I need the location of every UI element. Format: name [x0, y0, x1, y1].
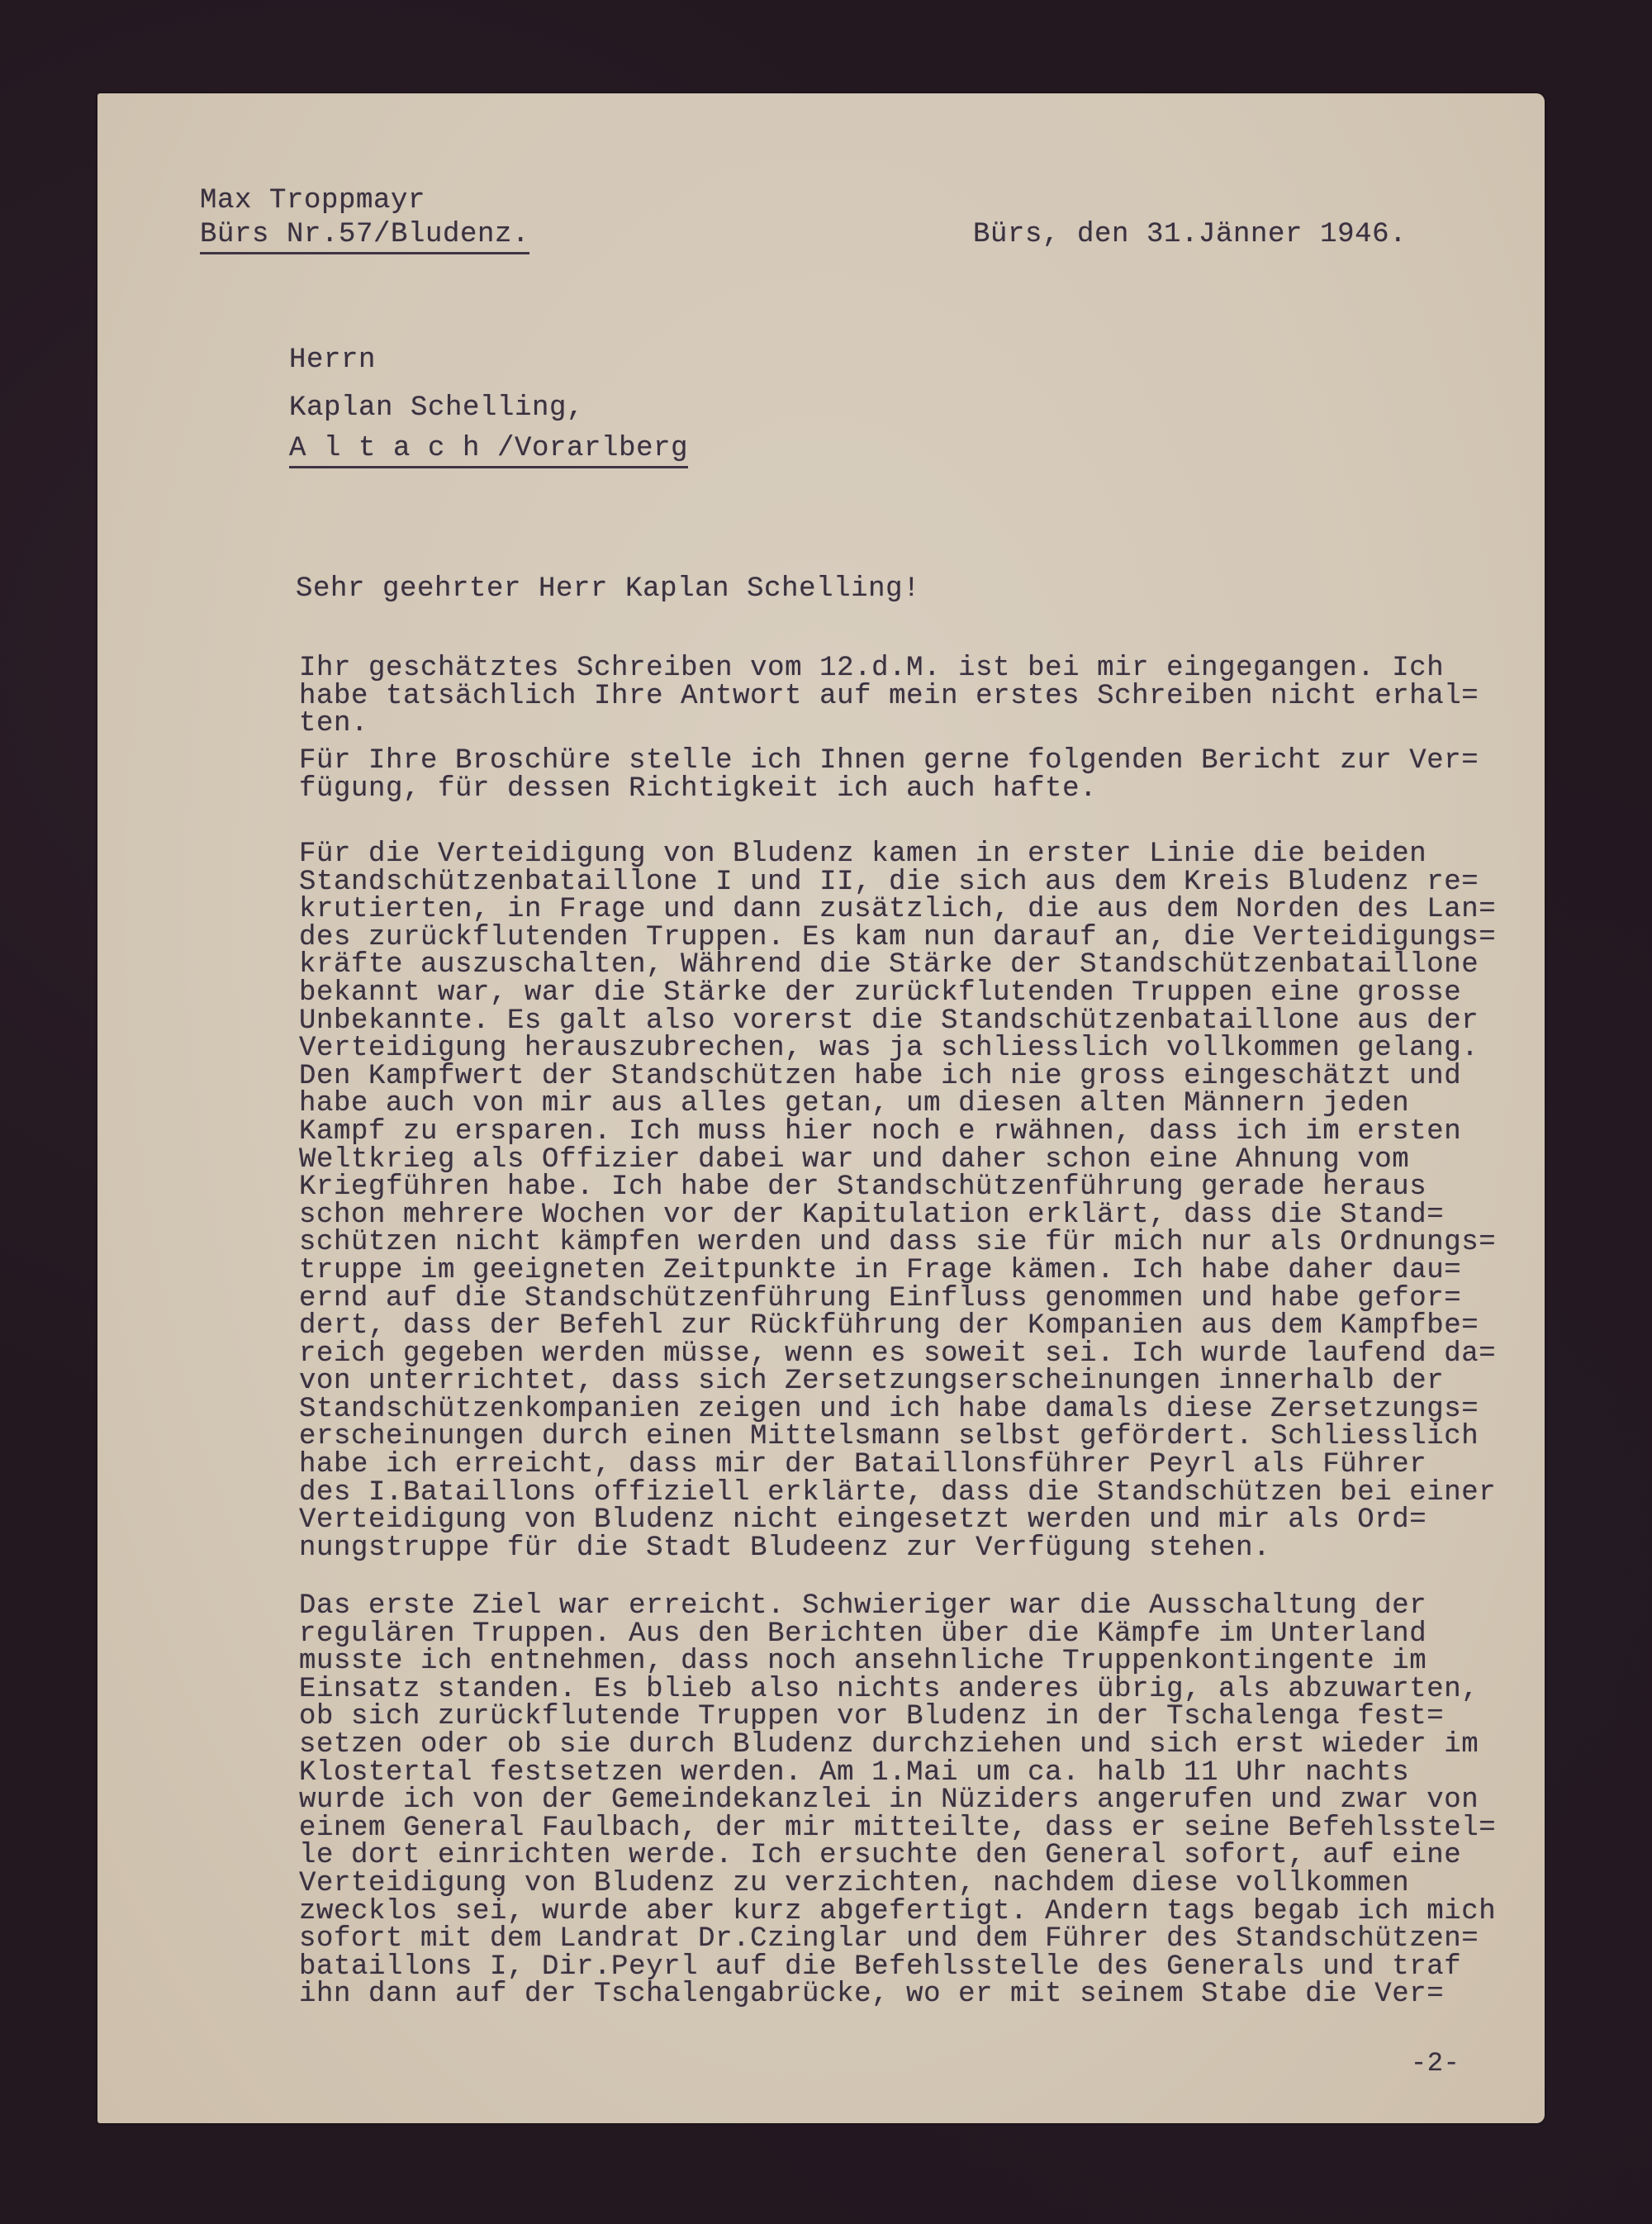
text-line: Kriegführen habe. Ich habe der Standschü…	[299, 1174, 1496, 1202]
recipient-salutation: Herrn	[289, 347, 376, 374]
paragraph-3: Für die Verteidigung von Bludenz kamen i…	[299, 841, 1496, 1562]
paragraph-2: Für Ihre Broschüre stelle ich Ihnen gern…	[299, 748, 1479, 803]
text-line: habe tatsächlich Ihre Antwort auf mein e…	[299, 683, 1479, 711]
recipient-place-text: A l t a c h /Vorarlberg	[289, 433, 688, 468]
text-line: Standschützenkompanien zeigen und ich ha…	[299, 1396, 1496, 1424]
sender-address: Bürs Nr.57/Bludenz.	[200, 221, 529, 249]
text-line: Weltkrieg als Offizier dabei war und dah…	[299, 1147, 1496, 1175]
text-line: des I.Bataillons offiziell erklärte, das…	[299, 1480, 1496, 1508]
date-line: Bürs, den 31.Jänner 1946.	[973, 221, 1407, 249]
text-line: le dort einrichten werde. Ich ersuchte d…	[299, 1842, 1496, 1870]
text-line: regulären Truppen. Aus den Berichten übe…	[299, 1621, 1496, 1649]
text-line: Das erste Ziel war erreicht. Schwieriger…	[299, 1593, 1496, 1621]
text-line: Verteidigung herauszubrechen, was ja sch…	[299, 1035, 1496, 1063]
text-line: Für Ihre Broschüre stelle ich Ihnen gern…	[299, 748, 1479, 776]
text-line: reich gegeben werden müsse, wenn es sowe…	[299, 1341, 1496, 1369]
text-line: ernd auf die Standschützenführung Einflu…	[299, 1285, 1496, 1314]
text-line: habe auch von mir aus alles getan, um di…	[299, 1091, 1496, 1119]
text-line: Kampf zu ersparen. Ich muss hier noch e …	[299, 1119, 1496, 1147]
text-line: erscheinungen durch einen Mittelsmann se…	[299, 1423, 1496, 1452]
text-line: schon mehrere Wochen vor der Kapitulatio…	[299, 1202, 1496, 1230]
text-line: Für die Verteidigung von Bludenz kamen i…	[299, 841, 1496, 869]
text-line: Verteidigung von Bludenz zu verzichten, …	[299, 1870, 1496, 1898]
text-line: musste ich entnehmen, dass noch ansehnli…	[299, 1648, 1496, 1676]
text-line: ob sich zurückflutende Truppen vor Blude…	[299, 1704, 1496, 1732]
paragraph-1: Ihr geschätztes Schreiben vom 12.d.M. is…	[299, 655, 1479, 739]
text-line: nungstruppe für die Stadt Bludeenz zur V…	[299, 1535, 1496, 1563]
recipient-place: A l t a c h /Vorarlberg	[289, 435, 688, 463]
text-line: Standschützenbataillone I und II, die si…	[299, 869, 1496, 897]
text-line: ten.	[299, 710, 1479, 739]
text-line: des zurückflutenden Truppen. Es kam nun …	[299, 924, 1496, 953]
greeting: Sehr geehrter Herr Kaplan Schelling!	[296, 576, 920, 603]
text-line: sofort mit dem Landrat Dr.Czinglar und d…	[299, 1926, 1496, 1954]
paragraph-4: Das erste Ziel war erreicht. Schwieriger…	[299, 1593, 1496, 2009]
text-line: einem General Faulbach, der mir mitteilt…	[299, 1815, 1496, 1843]
page-number: -2-	[1411, 2050, 1460, 2077]
text-line: setzen oder ob sie durch Bludenz durchzi…	[299, 1732, 1496, 1760]
text-line: kräfte auszuschalten, Während die Stärke…	[299, 952, 1496, 980]
text-line: Ihr geschätztes Schreiben vom 12.d.M. is…	[299, 655, 1479, 683]
text-line: habe ich erreicht, dass mir der Bataillo…	[299, 1452, 1496, 1480]
text-line: bekannt war, war die Stärke der zurückfl…	[299, 980, 1496, 1008]
text-line: Verteidigung von Bludenz nicht eingesetz…	[299, 1507, 1496, 1535]
recipient-name: Kaplan Schelling,	[289, 395, 584, 422]
text-line: von unterrichtet, dass sich Zersetzungse…	[299, 1368, 1496, 1396]
text-line: Einsatz standen. Es blieb also nichts an…	[299, 1676, 1496, 1704]
text-line: Den Kampfwert der Standschützen habe ich…	[299, 1063, 1496, 1091]
text-line: bataillons I, Dir.Peyrl auf die Befehlss…	[299, 1954, 1496, 1982]
text-line: schützen nicht kämpfen werden und dass s…	[299, 1229, 1496, 1257]
text-line: zwecklos sei, wurde aber kurz abgefertig…	[299, 1898, 1496, 1927]
sender-name: Max Troppmayr	[200, 188, 425, 215]
text-line: ihn dann auf der Tschalengabrücke, wo er…	[299, 1981, 1496, 2009]
text-line: truppe im geeigneten Zeitpunkte in Frage…	[299, 1257, 1496, 1285]
text-line: krutierten, in Frage und dann zusätzlich…	[299, 896, 1496, 924]
text-line: dert, dass der Befehl zur Rückführung de…	[299, 1313, 1496, 1341]
text-line: fügung, für dessen Richtigkeit ich auch …	[299, 776, 1479, 804]
text-line: Unbekannte. Es galt also vorerst die Sta…	[299, 1008, 1496, 1036]
text-line: Klostertal festsetzen werden. Am 1.Mai u…	[299, 1760, 1496, 1788]
sender-address-text: Bürs Nr.57/Bludenz.	[200, 219, 529, 254]
text-line: wurde ich von der Gemeindekanzlei in Nüz…	[299, 1787, 1496, 1815]
